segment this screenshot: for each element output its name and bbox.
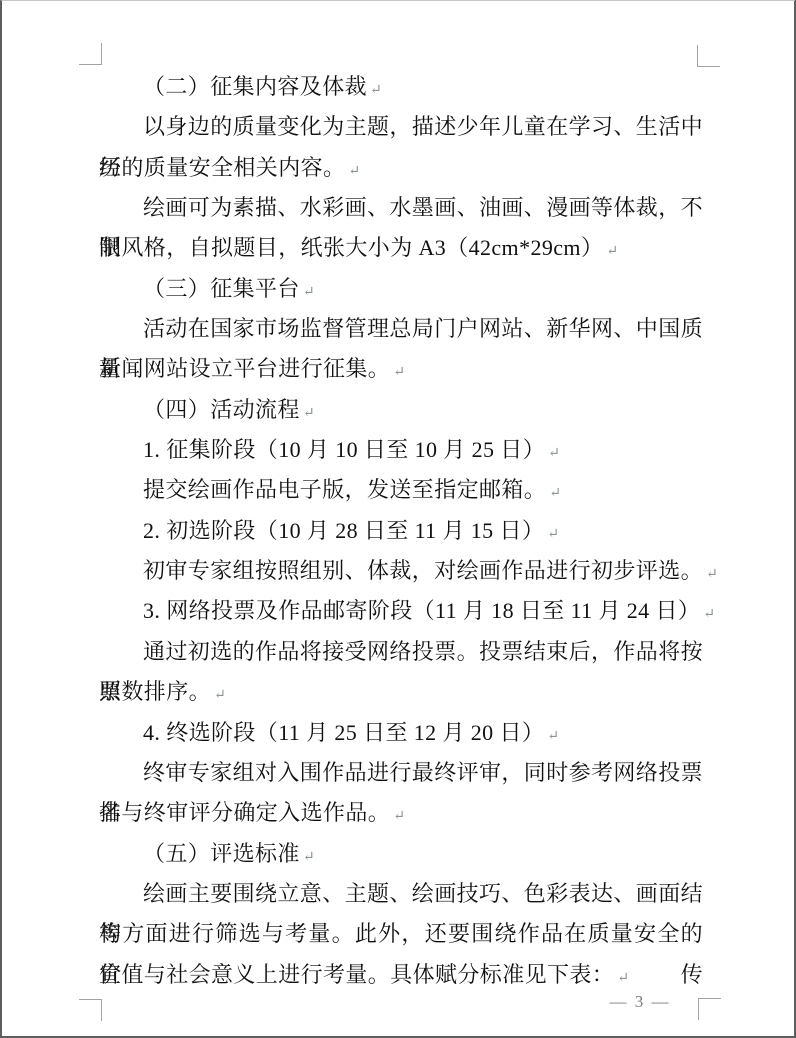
paragraph-mark-icon: ↵ [606,232,618,272]
text-line: 初审专家组按照组别、体裁，对绘画作品进行初步评选。↵ [99,551,703,591]
text-line: 新闻网站设立平台进行征集。↵ [99,349,703,389]
text-line: 制风格，自拟题目，纸张大小为 A3（42cm*29cm）↵ [99,228,703,268]
paragraph-mark-icon: ↵ [703,595,715,635]
line-text: （三）征集平台 [143,276,300,301]
line-text: 4. 终选阶段（11 月 25 日至 12 月 20 日） [143,720,544,745]
paragraph-mark-icon: ↵ [303,273,315,313]
text-line: 票数排序。↵ [99,672,703,712]
text-line: 提交绘画作品电子版，发送至指定邮箱。↵ [99,470,703,510]
crop-mark-bottom-right-icon [698,998,721,1020]
paragraph-mark-icon: ↵ [549,474,561,514]
paragraph-mark-icon: ↵ [547,515,559,555]
text-line: （二）征集内容及体裁↵ [99,67,703,107]
text-line: （四）活动流程↵ [99,390,703,430]
text-line: 历的质量安全相关内容。↵ [99,148,703,188]
text-line: 等方面进行筛选与考量。此外，还要围绕作品在质量安全的宣传 [99,914,703,954]
text-line: 1. 征集阶段（10 月 10 日至 10 月 25 日）↵ [99,430,703,470]
paragraph-mark-icon: ↵ [393,797,405,837]
text-line: 4. 终选阶段（11 月 25 日至 12 月 20 日）↵ [99,713,703,753]
line-text: 历的质量安全相关内容。 [99,155,345,180]
line-text: （二）征集内容及体裁 [143,74,367,99]
document-page: （二）征集内容及体裁↵以身边的质量变化为主题，描述少年儿童在学习、生活中经历的质… [0,0,796,1038]
text-line: （五）评选标准↵ [99,834,703,874]
line-text: （四）活动流程 [143,397,300,422]
paragraph-mark-icon: ↵ [214,676,226,716]
line-text: （五）评选标准 [143,841,300,866]
line-text: 票数排序。 [99,679,211,704]
line-text: 价值与社会意义上进行考量。具体赋分标准见下表： [99,962,614,987]
page-number: — 3 — [580,991,700,1013]
text-line: 活动在国家市场监督管理总局门户网站、新华网、中国质量 [99,309,703,349]
line-text: 新闻网站设立平台进行征集。 [99,356,390,381]
line-text: 2. 初选阶段（10 月 28 日至 11 月 15 日） [143,518,544,543]
line-text: 3. 网络投票及作品邮寄阶段（11 月 18 日至 11 月 24 日） [143,598,700,623]
line-text: 1. 征集阶段（10 月 10 日至 10 月 25 日） [143,437,545,462]
paragraph-mark-icon: ↵ [548,434,560,474]
paragraph-mark-icon: ↵ [393,353,405,393]
paragraph-mark-icon: ↵ [706,555,718,595]
paragraph-mark-icon: ↵ [303,394,315,434]
line-text: 名与终审评分确定入选作品。 [99,800,390,825]
text-block: （二）征集内容及体裁↵以身边的质量变化为主题，描述少年儿童在学习、生活中经历的质… [99,67,703,995]
text-line: 价值与社会意义上进行考量。具体赋分标准见下表：↵ [99,955,703,995]
text-line: 以身边的质量变化为主题，描述少年儿童在学习、生活中经 [99,107,703,147]
text-line: 绘画可为素描、水彩画、水墨画、油画、漫画等体裁，不限 [99,188,703,228]
crop-mark-top-left-icon [79,43,102,65]
crop-mark-top-right-icon [697,45,720,67]
paragraph-mark-icon: ↵ [370,71,382,111]
paragraph-mark-icon: ↵ [348,152,360,192]
text-line: 终审专家组对入围作品进行最终评审，同时参考网络投票排 [99,753,703,793]
line-text: 初审专家组按照组别、体裁，对绘画作品进行初步评选。 [143,558,703,583]
paragraph-mark-icon: ↵ [547,717,559,757]
text-line: （三）征集平台↵ [99,269,703,309]
line-text: 提交绘画作品电子版，发送至指定邮箱。 [143,477,546,502]
line-text: 制风格，自拟题目，纸张大小为 A3（42cm*29cm） [99,235,603,260]
crop-mark-bottom-left-icon [79,999,102,1021]
text-line: 绘画主要围绕立意、主题、绘画技巧、色彩表达、画面结构 [99,874,703,914]
text-line: 2. 初选阶段（10 月 28 日至 11 月 15 日）↵ [99,511,703,551]
text-line: 3. 网络投票及作品邮寄阶段（11 月 18 日至 11 月 24 日）↵ [99,591,703,631]
text-line: 通过初选的作品将接受网络投票。投票结束后，作品将按照 [99,632,703,672]
text-line: 名与终审评分确定入选作品。↵ [99,793,703,833]
paragraph-mark-icon: ↵ [303,838,315,878]
